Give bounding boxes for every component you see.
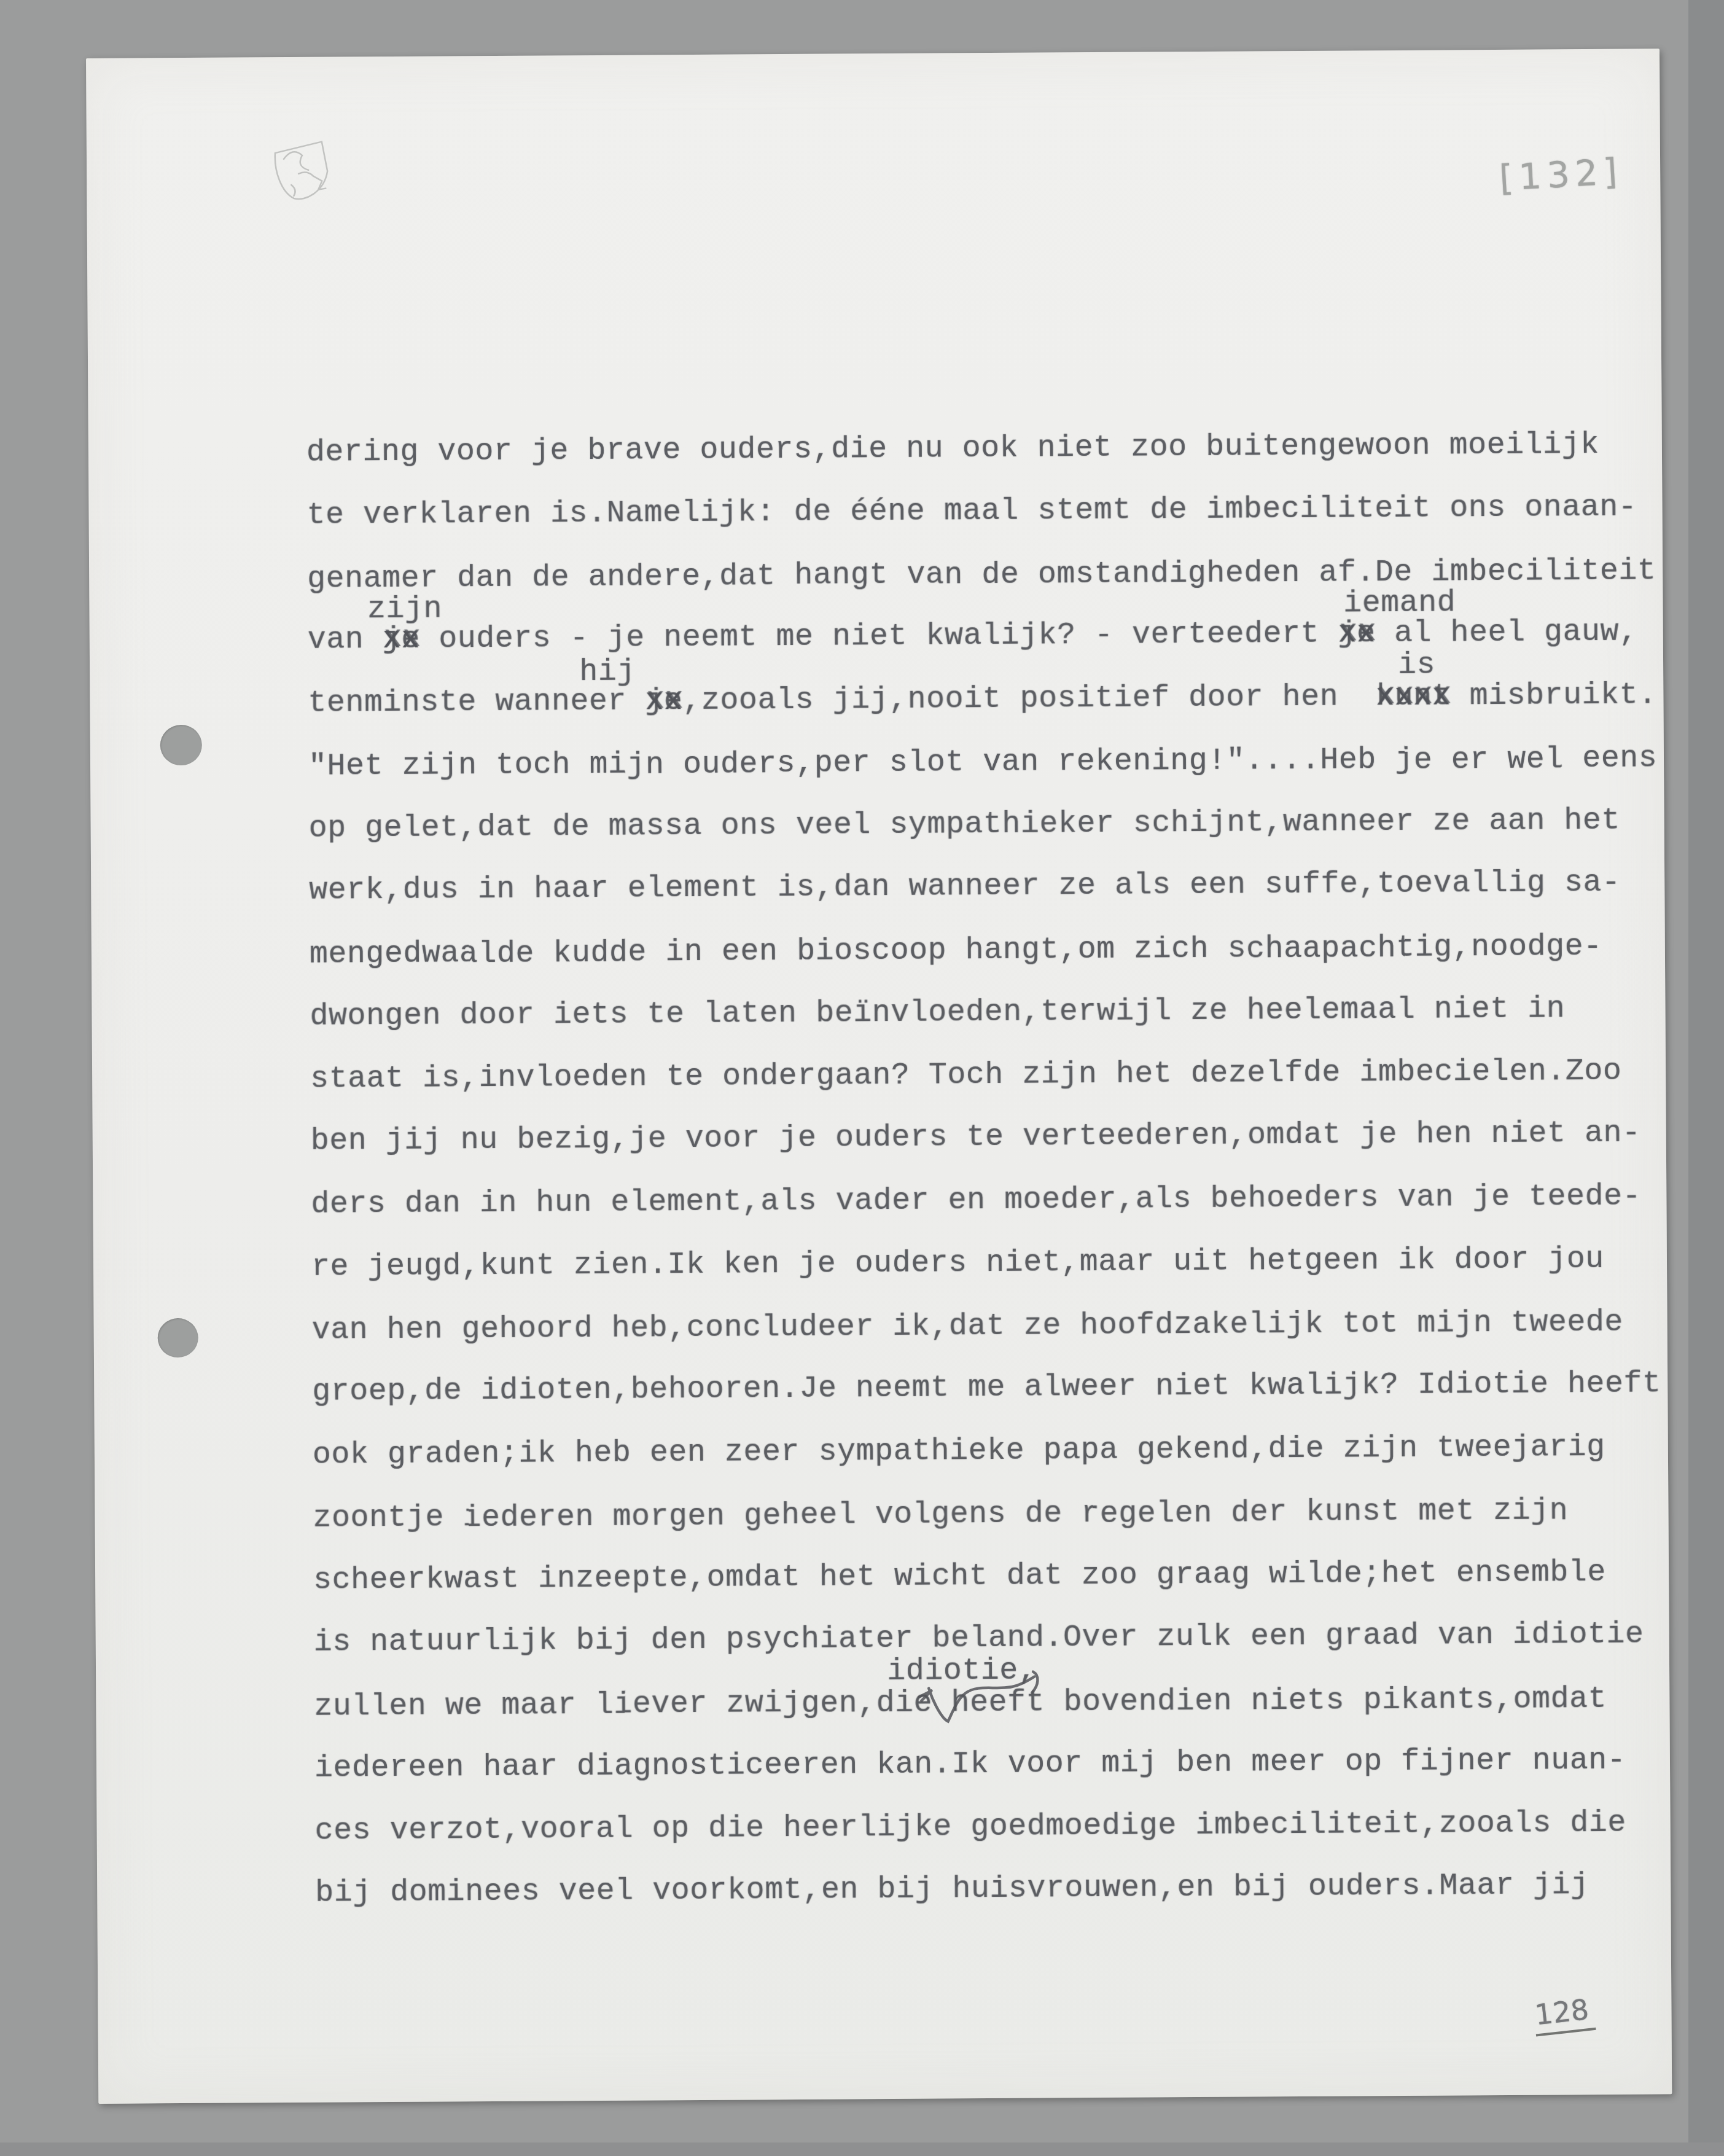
typed-line: groep,de idioten,behooren.Je neemt me al… <box>312 1369 1661 1407</box>
typed-line: ben jij nu bezig,je voor je ouders te ve… <box>311 1119 1641 1157</box>
typed-line: is natuurlijk bij den psychiater beland.… <box>314 1620 1644 1658</box>
typed-lines: dering voor je brave ouders,die nu ook n… <box>86 49 1672 2104</box>
manuscript-paper: [132] dering voor je brave ouders,die nu… <box>86 49 1672 2104</box>
struck-word: je <box>1338 619 1375 649</box>
typed-text: groep,de idioten,behooren.Je neemt me al… <box>312 1366 1661 1409</box>
typed-line: staat is,invloeden te ondergaan? Toch zi… <box>310 1057 1622 1095</box>
typed-text: tenminste wanneer <box>308 684 645 721</box>
typed-text: van <box>308 622 383 658</box>
typed-insertion: is <box>1398 650 1435 681</box>
typed-line: tenminste wanneer je,zooals jij,nooit po… <box>308 680 1657 719</box>
typed-text: bij dominees veel voorkomt,en bij huisvr… <box>315 1868 1589 1911</box>
scanned-page-background: [132] dering voor je brave ouders,die nu… <box>0 0 1724 2156</box>
page-number-bottom: 128 <box>1532 1992 1596 2036</box>
typed-text: op gelet,dat de massa ons veel sympathie… <box>308 803 1620 846</box>
typed-line: mengedwaalde kudde in een bioscoop hangt… <box>310 932 1602 971</box>
typed-text: dering voor je brave ouders,die nu ook n… <box>306 428 1599 471</box>
typed-line: dwongen door iets te laten beïnvloeden,t… <box>310 994 1565 1032</box>
struck-word: je <box>645 686 682 717</box>
typed-insertion: zijn <box>367 594 442 625</box>
typed-line: ders dan in hun element,als vader en moe… <box>311 1182 1641 1221</box>
typed-line: scheerkwast inzeepte,omdat het wicht dat… <box>313 1558 1606 1596</box>
typed-text: misbruikt. <box>1451 678 1657 714</box>
typed-line: bij dominees veel voorkomt,en bij huisvr… <box>315 1870 1589 1909</box>
typed-text: werk,dus in haar element is,dan wanneer … <box>309 865 1621 908</box>
typed-text: zoontje iederen morgen geheel volgens de… <box>313 1494 1568 1536</box>
typed-line: van je ouders - je neemt me niet kwalijk… <box>308 617 1638 656</box>
typed-insertion: hij <box>579 657 636 688</box>
insertion-caret-icon <box>913 1668 1079 1752</box>
typed-line: op gelet,dat de massa ons veel sympathie… <box>309 806 1621 845</box>
scanner-bed-edge-bottom <box>0 2142 1724 2156</box>
typed-line: ces verzot,vooral op die heerlijke goedm… <box>314 1808 1626 1847</box>
typed-line: ook graden;ik heb een zeer sympathieke p… <box>313 1432 1605 1471</box>
typed-text: staat is,invloeden te ondergaan? Toch zi… <box>310 1054 1622 1097</box>
typed-text: ook graden;ik heb een zeer sympathieke p… <box>313 1430 1605 1473</box>
typed-line: te verklaren is.Namelijk: de ééne maal s… <box>306 493 1637 531</box>
typed-line: "Het zijn toch mijn ouders,per slot van … <box>308 744 1658 783</box>
typed-text: te verklaren is.Namelijk: de ééne maal s… <box>306 490 1637 533</box>
typed-text: ces verzot,vooral op die heerlijke goedm… <box>314 1806 1626 1849</box>
typed-text: ben jij nu bezig,je voor je ouders te ve… <box>311 1116 1641 1159</box>
typed-line: dering voor je brave ouders,die nu ook n… <box>306 430 1599 469</box>
typed-line: zoontje iederen morgen geheel volgens de… <box>313 1496 1568 1534</box>
typed-text: scheerkwast inzeepte,omdat het wicht dat… <box>313 1555 1606 1598</box>
typed-line: van hen gehoord heb,concludeer ik,dat ze… <box>312 1308 1624 1346</box>
typed-line: re jeugd,kunt zien.Ik ken je ouders niet… <box>311 1244 1604 1283</box>
typed-text: dwongen door iets te laten beïnvloeden,t… <box>310 991 1565 1034</box>
typed-text: ders dan in hun element,als vader en moe… <box>311 1179 1641 1222</box>
typed-text: "Het zijn toch mijn ouders,per slot van … <box>308 741 1658 784</box>
typed-line: werk,dus in haar element is,dan wanneer … <box>309 868 1621 907</box>
struck-word: je <box>383 625 420 655</box>
struck-word: kunt <box>1376 681 1451 713</box>
typed-text: ouders - je neemt me niet kwalijk? - ver… <box>420 617 1338 657</box>
typed-text: re jeugd,kunt zien.Ik ken je ouders niet… <box>311 1242 1604 1285</box>
scanner-bed-edge-right <box>1688 0 1724 2156</box>
typed-text: ,zooals jij,nooit positief door hen <box>682 679 1376 719</box>
typed-insertion: iemand <box>1343 588 1456 619</box>
typed-text: van hen gehoord heb,concludeer ik,dat ze… <box>311 1305 1623 1348</box>
typed-text: mengedwaalde kudde in een bioscoop hangt… <box>310 929 1602 972</box>
